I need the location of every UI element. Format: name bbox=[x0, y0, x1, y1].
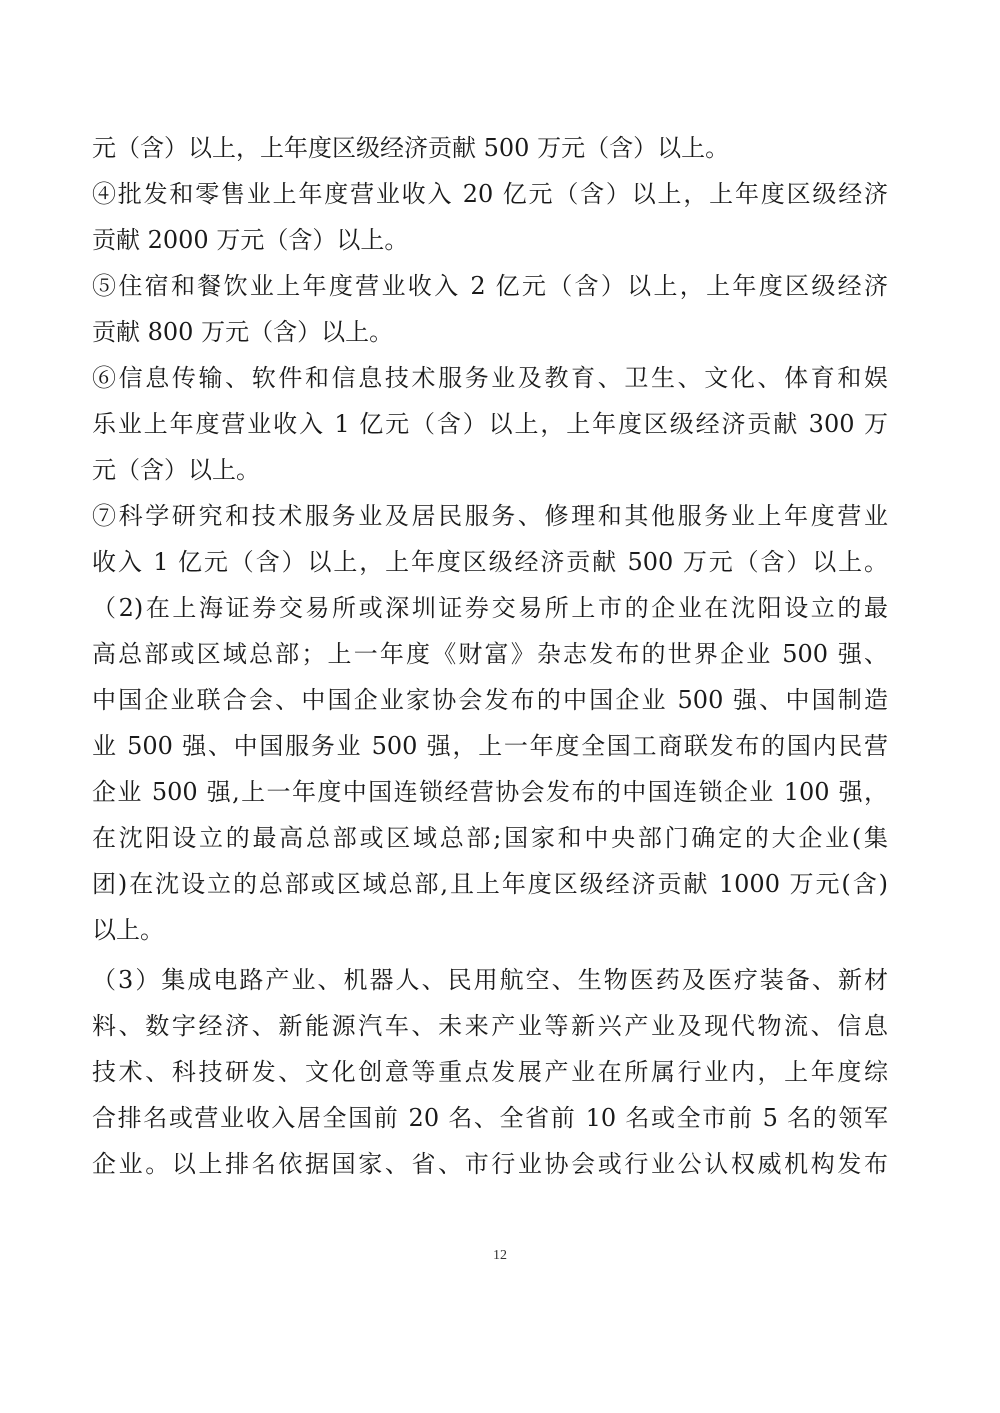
text-line: 以上。 bbox=[92, 912, 888, 958]
text-line: （2)在上海证券交易所或深圳证券交易所上市的企业在沈阳设立的最 bbox=[92, 590, 888, 636]
paragraph-section-2: （2)在上海证券交易所或深圳证券交易所上市的企业在沈阳设立的最 高总部或区域总部… bbox=[92, 590, 888, 958]
paragraph-item-4: ④批发和零售业上年度营业收入 20 亿元（含）以上，上年度区级经济 贡献 200… bbox=[92, 176, 888, 268]
paragraph-item-5: ⑤住宿和餐饮业上年度营业收入 2 亿元（含）以上，上年度区级经济 贡献 800 … bbox=[92, 268, 888, 360]
text-line: 料、数字经济、新能源汽车、未来产业等新兴产业及现代物流、信息 bbox=[92, 1008, 888, 1054]
text-line: （3）集成电路产业、机器人、民用航空、生物医药及医疗装备、新材 bbox=[92, 962, 888, 1008]
text-line: ⑥信息传输、软件和信息技术服务业及教育、卫生、文化、体育和娱 bbox=[92, 360, 888, 406]
document-body: 元（含）以上，上年度区级经济贡献 500 万元（含）以上。 ④批发和零售业上年度… bbox=[92, 130, 888, 1192]
text-line: ⑤住宿和餐饮业上年度营业收入 2 亿元（含）以上，上年度区级经济 bbox=[92, 268, 888, 314]
page-number: 12 bbox=[0, 1248, 1000, 1264]
text-line: 元（含）以上，上年度区级经济贡献 500 万元（含）以上。 bbox=[92, 130, 888, 176]
text-line: 企业 500 强,上一年度中国连锁经营协会发布的中国连锁企业 100 强， bbox=[92, 774, 888, 820]
text-line: 中国企业联合会、中国企业家协会发布的中国企业 500 强、中国制造 bbox=[92, 682, 888, 728]
paragraph-item-6: ⑥信息传输、软件和信息技术服务业及教育、卫生、文化、体育和娱 乐业上年度营业收入… bbox=[92, 360, 888, 498]
text-line: ⑦科学研究和技术服务业及居民服务、修理和其他服务业上年度营业 bbox=[92, 498, 888, 544]
text-line: 业 500 强、中国服务业 500 强，上一年度全国工商联发布的国内民营 bbox=[92, 728, 888, 774]
document-page: 元（含）以上，上年度区级经济贡献 500 万元（含）以上。 ④批发和零售业上年度… bbox=[0, 0, 1000, 1413]
text-line: 元（含）以上。 bbox=[92, 452, 888, 498]
text-line: 合排名或营业收入居全国前 20 名、全省前 10 名或全市前 5 名的领军 bbox=[92, 1100, 888, 1146]
text-line: 贡献 2000 万元（含）以上。 bbox=[92, 222, 888, 268]
text-line: 技术、科技研发、文化创意等重点发展产业在所属行业内，上年度综 bbox=[92, 1054, 888, 1100]
text-line: 乐业上年度营业收入 1 亿元（含）以上，上年度区级经济贡献 300 万 bbox=[92, 406, 888, 452]
paragraph-section-3: （3）集成电路产业、机器人、民用航空、生物医药及医疗装备、新材 料、数字经济、新… bbox=[92, 962, 888, 1192]
text-line: 贡献 800 万元（含）以上。 bbox=[92, 314, 888, 360]
text-line: 团)在沈设立的总部或区域总部,且上年度区级经济贡献 1000 万元(含) bbox=[92, 866, 888, 912]
paragraph-continuation: 元（含）以上，上年度区级经济贡献 500 万元（含）以上。 bbox=[92, 130, 888, 176]
text-line: 收入 1 亿元（含）以上，上年度区级经济贡献 500 万元（含）以上。 bbox=[92, 544, 888, 590]
text-line: 在沈阳设立的最高总部或区域总部;国家和中央部门确定的大企业(集 bbox=[92, 820, 888, 866]
text-line: 高总部或区域总部；上一年度《财富》杂志发布的世界企业 500 强、 bbox=[92, 636, 888, 682]
text-line: 企业。以上排名依据国家、省、市行业协会或行业公认权威机构发布 bbox=[92, 1146, 888, 1192]
text-line: ④批发和零售业上年度营业收入 20 亿元（含）以上，上年度区级经济 bbox=[92, 176, 888, 222]
paragraph-item-7: ⑦科学研究和技术服务业及居民服务、修理和其他服务业上年度营业 收入 1 亿元（含… bbox=[92, 498, 888, 590]
